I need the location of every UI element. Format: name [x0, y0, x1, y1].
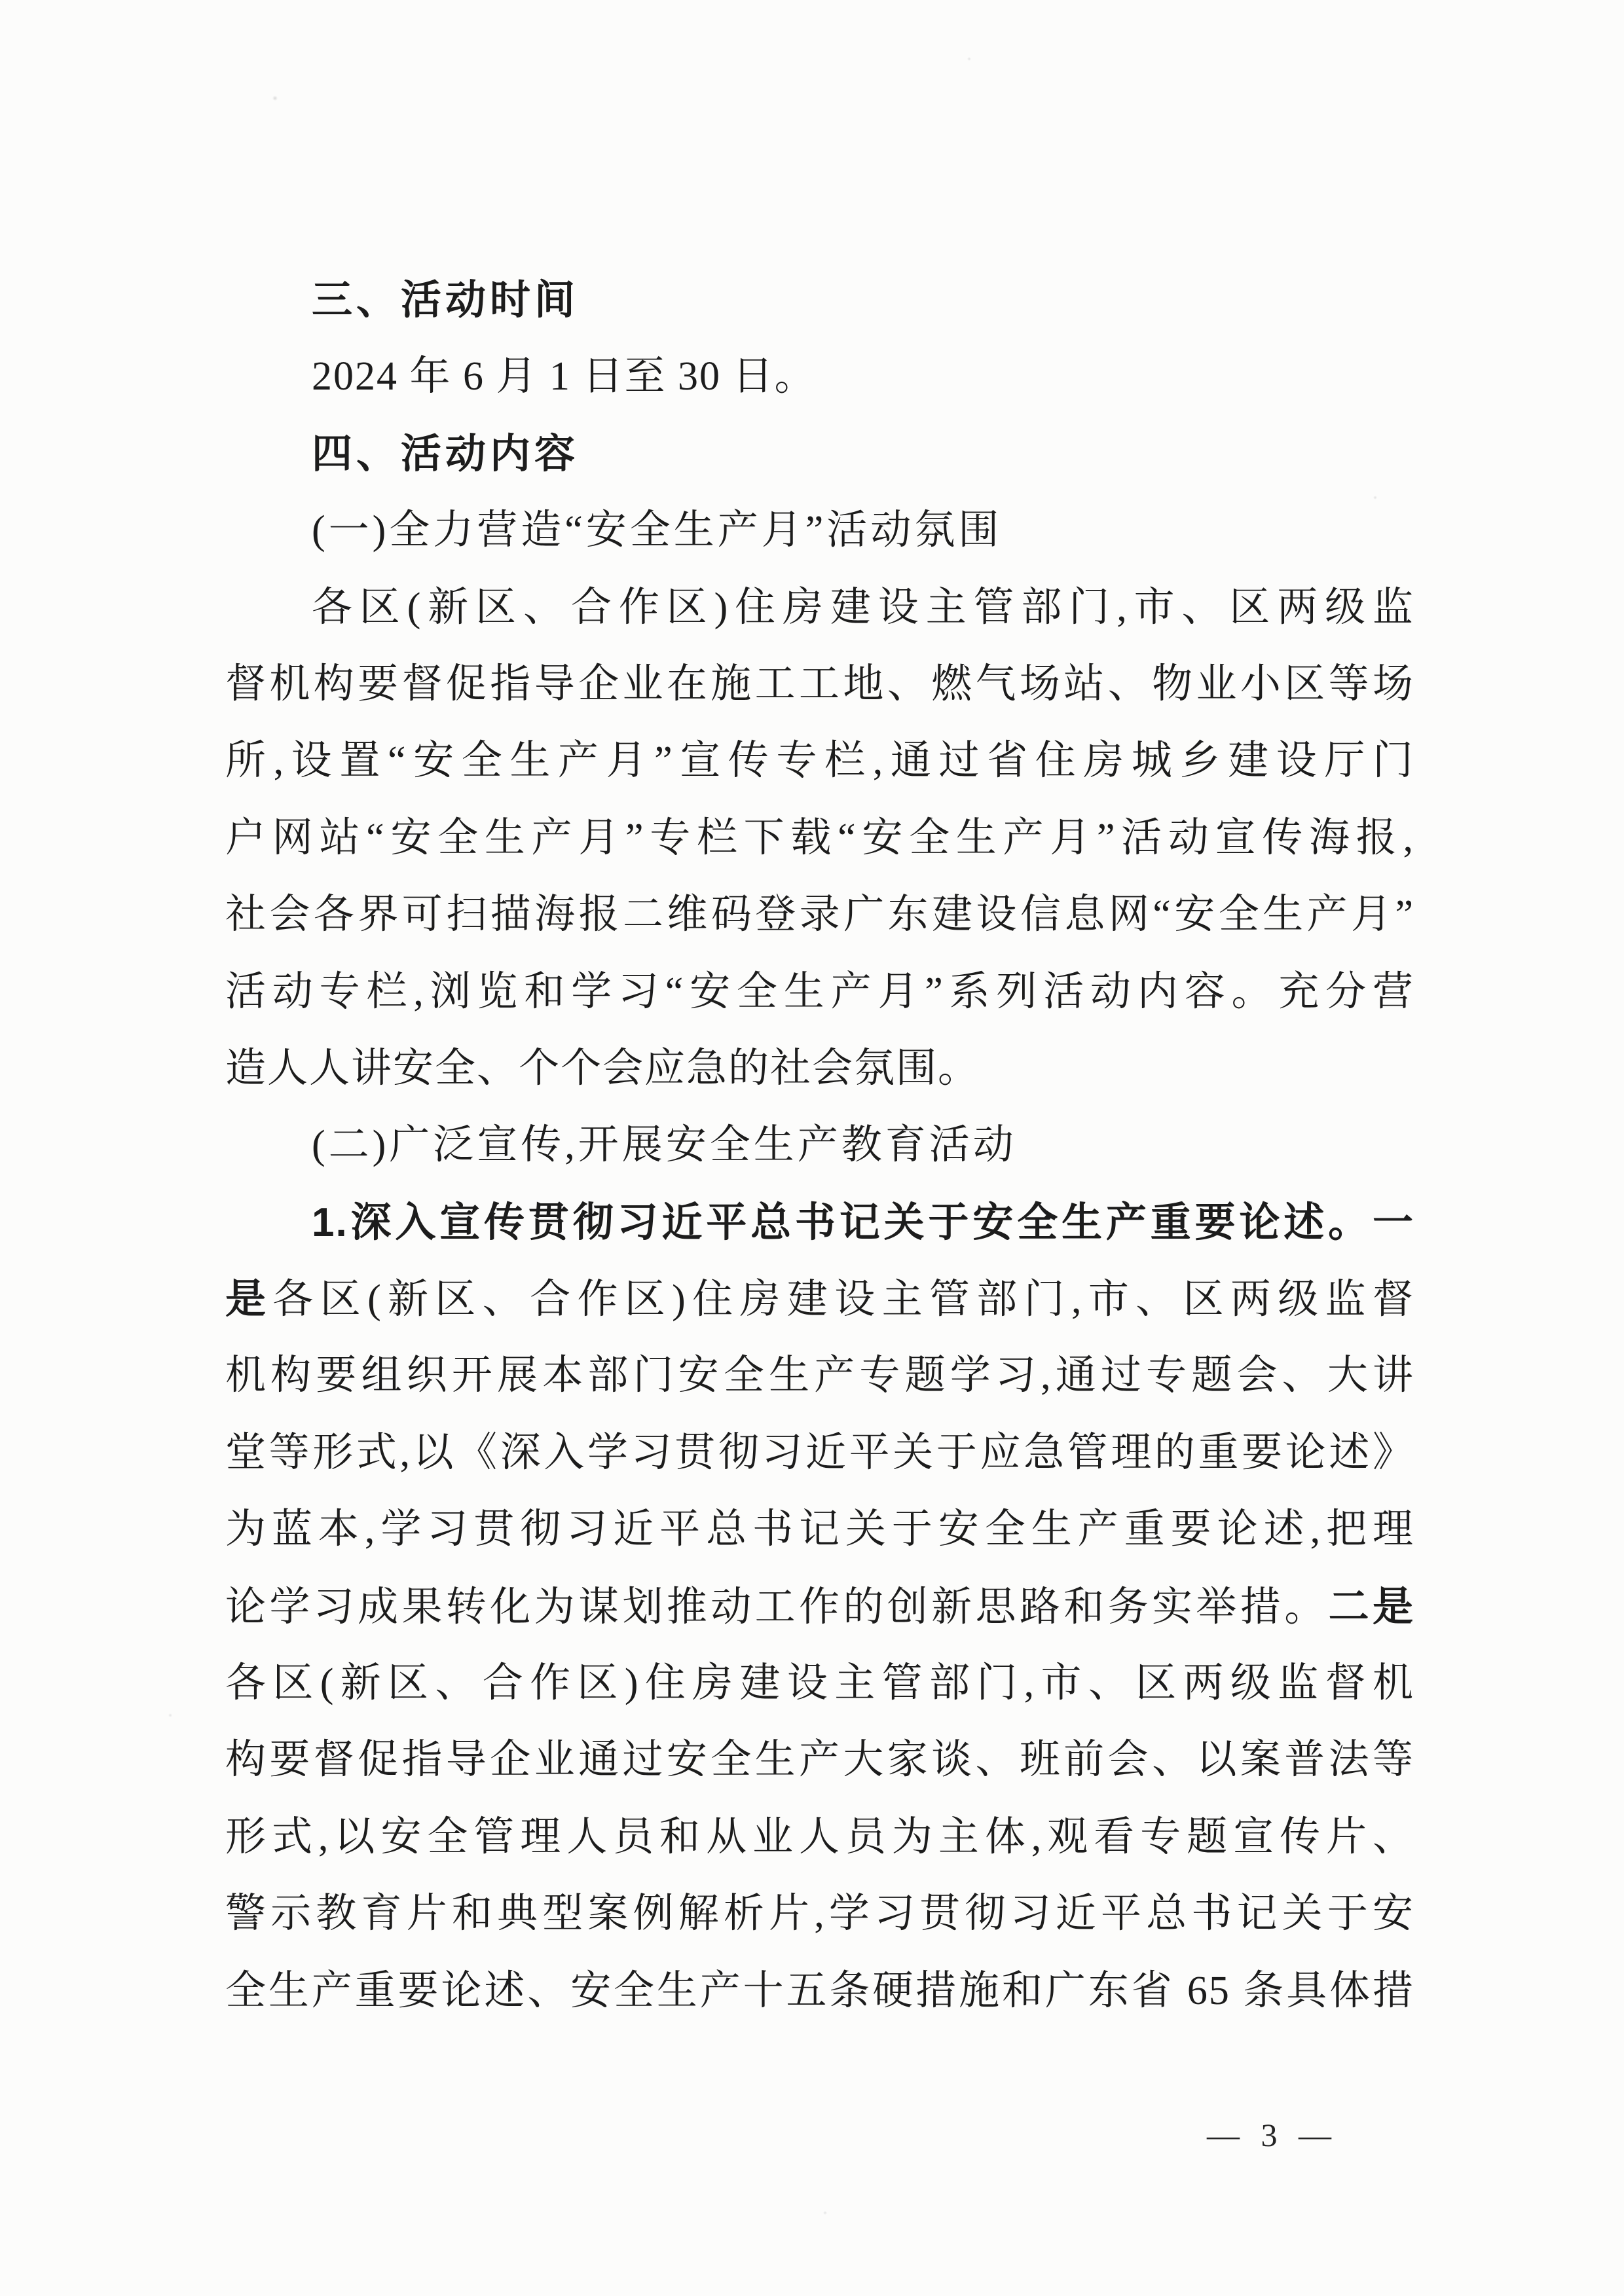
bold-text-segment: 是: [225, 1277, 272, 1322]
text-segment: 警示教育片和典型案例解析片,学习贯彻习近平总书记关于安: [225, 1891, 1414, 1936]
document-page: 三、活动时间2024 年 6 月 1 日至 30 日。四、活动内容(一)全力营造…: [0, 0, 1624, 2296]
text-segment: 所,设置“安全生产月”宣传专栏,通过省住房城乡建设厅门: [225, 738, 1414, 783]
text-segment: 机构要组织开展本部门安全生产专题学习,通过专题会、大讲: [225, 1353, 1414, 1398]
text-segment: 堂等形式,以《深入学习贯彻习近平关于应急管理的重要论述》: [225, 1430, 1414, 1475]
text-segment: 全生产重要论述、安全生产十五条硬措施和广东省 65 条具体措: [225, 1969, 1414, 2013]
text-segment: 各区(新区、合作区)住房建设主管部门,市、区两级监督机: [225, 1661, 1414, 1705]
text-segment: 各区(新区、合作区)住房建设主管部门,市、区两级监督: [272, 1277, 1414, 1322]
document-line: 四、活动内容: [225, 416, 1414, 492]
text-segment: 造人人讲安全、个个会应急的社会氛围。: [225, 1046, 980, 1091]
text-segment: 各区(新区、合作区)住房建设主管部门,市、区两级监: [312, 585, 1414, 630]
document-line: 2024 年 6 月 1 日至 30 日。: [225, 338, 1414, 415]
bold-text-segment: 三、活动时间: [312, 278, 579, 323]
text-segment: 形式,以安全管理人员和从业人员为主体,观看专题宣传片、: [225, 1815, 1414, 1859]
document-line: 堂等形式,以《深入学习贯彻习近平关于应急管理的重要论述》: [225, 1415, 1414, 1491]
document-line: (二)广泛宣传,开展安全生产教育活动: [225, 1107, 1414, 1184]
document-line: 督机构要督促指导企业在施工工地、燃气场站、物业小区等场: [225, 646, 1414, 723]
text-segment: 2024 年 6 月 1 日至 30 日。: [312, 354, 817, 399]
document-line: 各区(新区、合作区)住房建设主管部门,市、区两级监: [225, 570, 1414, 646]
document-line: 构要督促指导企业通过安全生产大家谈、班前会、以案普法等: [225, 1722, 1414, 1798]
page-number: — 3 —: [1207, 2112, 1338, 2158]
document-line: 社会各界可扫描海报二维码登录广东建设信息网“安全生产月”: [225, 877, 1414, 953]
text-segment: (二)广泛宣传,开展安全生产教育活动: [312, 1123, 1017, 1167]
document-line: 所,设置“安全生产月”宣传专栏,通过省住房城乡建设厅门: [225, 723, 1414, 799]
document-line: 论学习成果转化为谋划推动工作的创新思路和务实举措。二是: [225, 1569, 1414, 1645]
text-segment: 为蓝本,学习贯彻习近平总书记关于安全生产重要论述,把理: [225, 1507, 1414, 1552]
document-line: 是各区(新区、合作区)住房建设主管部门,市、区两级监督: [225, 1261, 1414, 1338]
document-line: 1.深入宣传贯彻习近平总书记关于安全生产重要论述。一: [225, 1184, 1414, 1261]
document-line: 活动专栏,浏览和学习“安全生产月”系列活动内容。充分营: [225, 954, 1414, 1030]
text-segment: 论学习成果转化为谋划推动工作的创新思路和务实举措。: [225, 1585, 1329, 1630]
document-line: 各区(新区、合作区)住房建设主管部门,市、区两级监督机: [225, 1645, 1414, 1722]
document-line: 户网站“安全生产月”专栏下载“安全生产月”活动宣传海报,: [225, 800, 1414, 877]
text-segment: 构要督促指导企业通过安全生产大家谈、班前会、以案普法等: [225, 1738, 1414, 1782]
document-line: 造人人讲安全、个个会应急的社会氛围。: [225, 1030, 1414, 1107]
document-line: 机构要组织开展本部门安全生产专题学习,通过专题会、大讲: [225, 1338, 1414, 1414]
document-line: 三、活动时间: [225, 262, 1414, 338]
document-line: 全生产重要论述、安全生产十五条硬措施和广东省 65 条具体措: [225, 1953, 1414, 2030]
text-segment: 户网站“安全生产月”专栏下载“安全生产月”活动宣传海报,: [225, 816, 1414, 860]
document-line: 形式,以安全管理人员和从业人员为主体,观看专题宣传片、: [225, 1799, 1414, 1876]
text-segment: (一)全力营造“安全生产月”活动氛围: [312, 508, 1002, 553]
document-line: 为蓝本,学习贯彻习近平总书记关于安全生产重要论述,把理: [225, 1491, 1414, 1568]
document-line: (一)全力营造“安全生产月”活动氛围: [225, 492, 1414, 569]
document-line: 警示教育片和典型案例解析片,学习贯彻习近平总书记关于安: [225, 1876, 1414, 1952]
bold-text-segment: 四、活动内容: [312, 431, 579, 477]
text-segment: 社会各界可扫描海报二维码登录广东建设信息网“安全生产月”: [225, 892, 1414, 937]
text-segment: 活动专栏,浏览和学习“安全生产月”系列活动内容。充分营: [225, 970, 1414, 1014]
bold-text-segment: 1.深入宣传贯彻习近平总书记关于安全生产重要论述。一: [312, 1200, 1414, 1245]
bold-text-segment: 二是: [1329, 1584, 1414, 1630]
text-segment: 督机构要督促指导企业在施工工地、燃气场站、物业小区等场: [225, 662, 1414, 706]
document-body: 三、活动时间2024 年 6 月 1 日至 30 日。四、活动内容(一)全力营造…: [225, 262, 1414, 2030]
